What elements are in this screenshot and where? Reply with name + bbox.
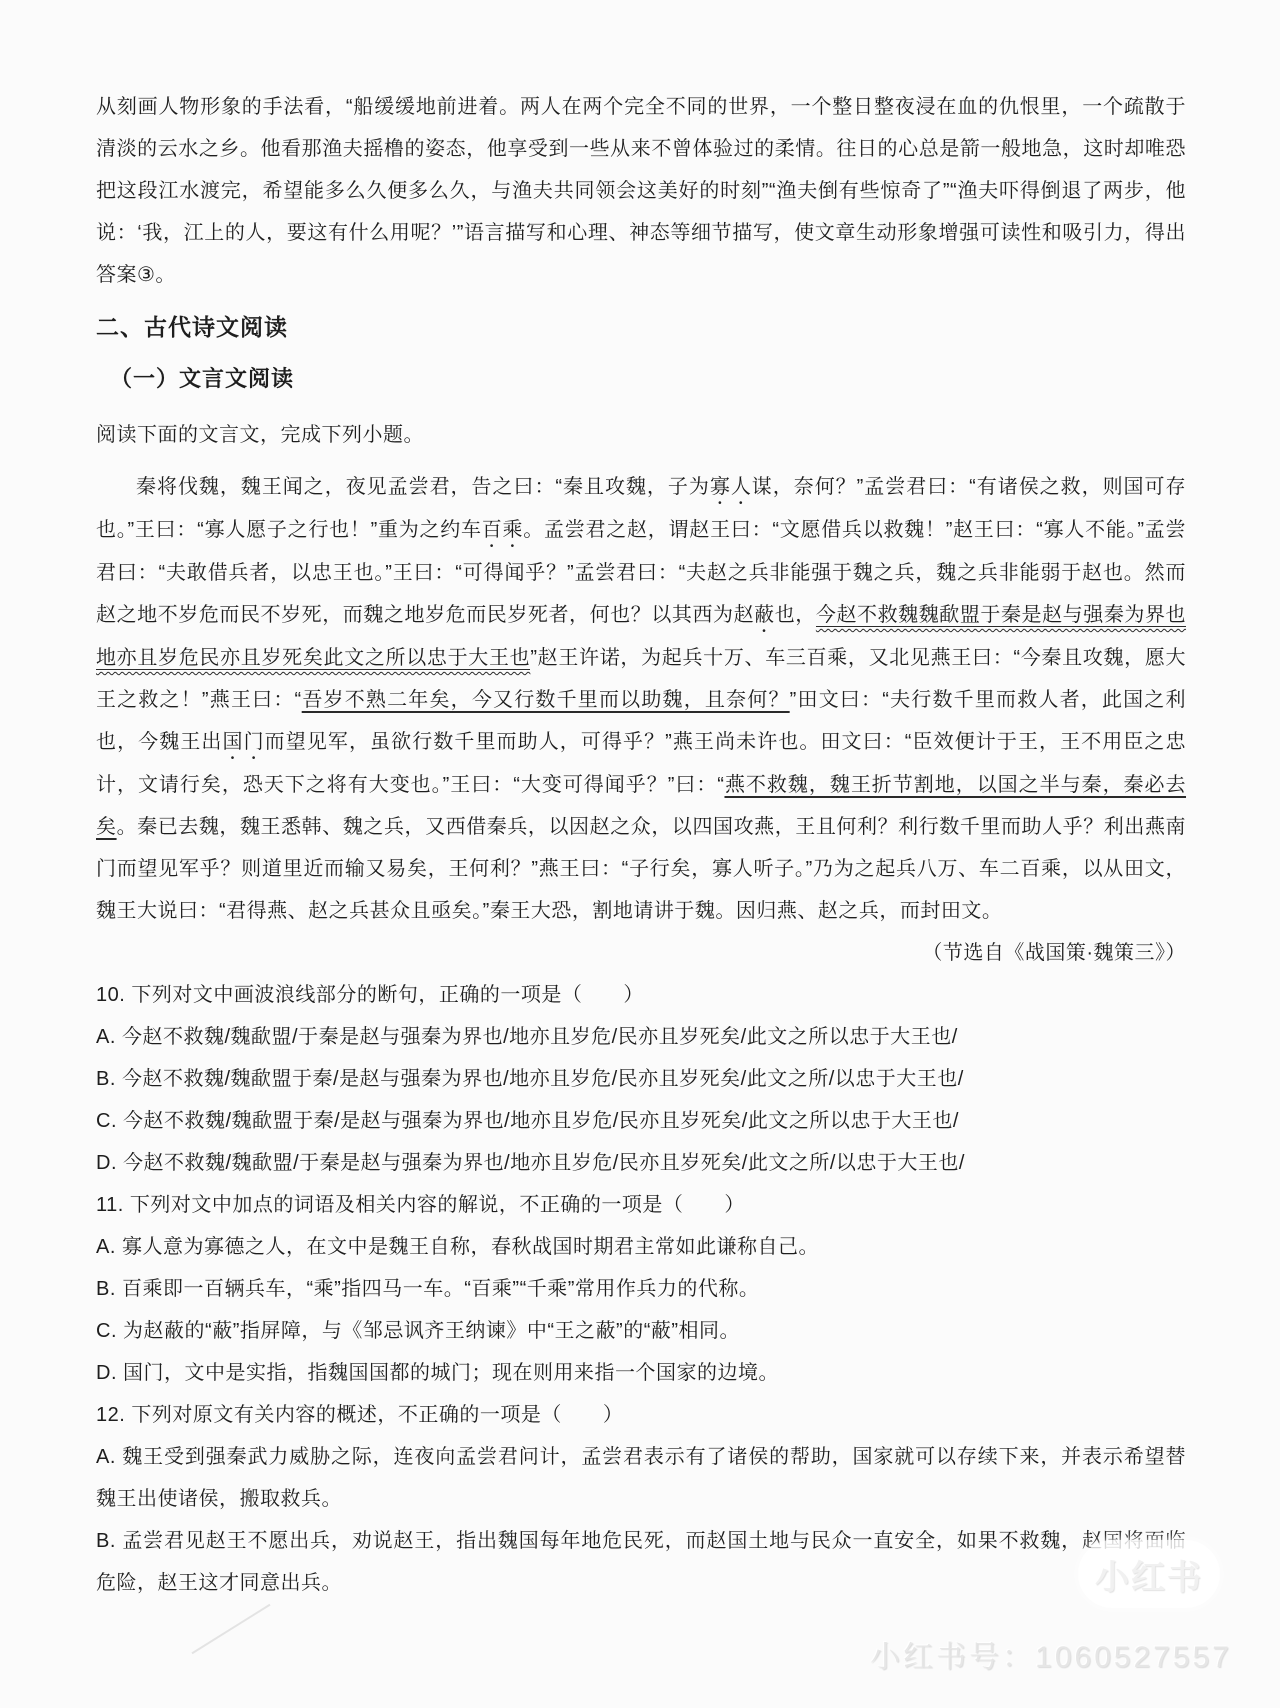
subsection-heading: （一）文言文阅读 xyxy=(110,364,1186,394)
exam-page: 从刻画人物形象的手法看，“船缓缓地前进着。两人在两个完全不同的世界，一个整日整夜… xyxy=(0,0,1280,1708)
classical-passage: 秦将伐魏，魏王闻之，夜见孟尝君，告之曰：“秦且攻魏，子为寡人谋，奈何？”孟尝君曰… xyxy=(96,466,1186,932)
stray-pen-mark xyxy=(191,1604,270,1654)
question-option: B. 百乘即一百辆兵车，“乘”指四马一车。“百乘”“千乘”常用作兵力的代称。 xyxy=(96,1268,1186,1310)
xiaohongshu-badge-label: 小红书 xyxy=(1095,1550,1203,1599)
question-11: 11. 下列对文中加点的词语及相关内容的解说，不正确的一项是（ ） A. 寡人意… xyxy=(96,1184,1186,1394)
question-stem: 12. 下列对原文有关内容的概述，不正确的一项是（ ） xyxy=(96,1394,1186,1436)
xiaohongshu-id-watermark: 小红书号：1060527557 xyxy=(870,1632,1232,1676)
question-stem: 10. 下列对文中画波浪线部分的断句，正确的一项是（ ） xyxy=(96,974,1186,1016)
question-option: B. 今赵不救魏/魏歃盟于秦/是赵与强秦为界也/地亦且岁危/民亦且岁死矣/此文之… xyxy=(96,1058,1186,1100)
passage-source-attribution: （节选自《战国策·魏策三》） xyxy=(96,932,1186,974)
intro-answer-paragraph: 从刻画人物形象的手法看，“船缓缓地前进着。两人在两个完全不同的世界，一个整日整夜… xyxy=(96,86,1186,296)
page-content: 从刻画人物形象的手法看，“船缓缓地前进着。两人在两个完全不同的世界，一个整日整夜… xyxy=(96,86,1186,1604)
question-option: C. 今赵不救魏/魏歃盟于秦/是赵与强秦为界也/地亦且岁危/民亦且岁死矣/此文之… xyxy=(96,1100,1186,1142)
question-option: D. 国门，文中是实指，指魏国国都的城门；现在则用来指一个国家的边境。 xyxy=(96,1352,1186,1394)
question-10: 10. 下列对文中画波浪线部分的断句，正确的一项是（ ） A. 今赵不救魏/魏歃… xyxy=(96,974,1186,1184)
question-option: D. 今赵不救魏/魏歃盟/于秦是赵与强秦为界也/地亦且岁危/民亦且岁死矣/此文之… xyxy=(96,1142,1186,1184)
question-stem: 11. 下列对文中加点的词语及相关内容的解说，不正确的一项是（ ） xyxy=(96,1184,1186,1226)
reading-instruction: 阅读下面的文言文，完成下列小题。 xyxy=(96,414,1186,456)
question-option: A. 寡人意为寡德之人，在文中是魏王自称，春秋战国时期君主常如此谦称自己。 xyxy=(96,1226,1186,1268)
xiaohongshu-badge-watermark: 小红书 xyxy=(1078,1540,1220,1608)
section-heading: 二、古代诗文阅读 xyxy=(96,312,1186,342)
question-12: 12. 下列对原文有关内容的概述，不正确的一项是（ ） A. 魏王受到强秦武力威… xyxy=(96,1394,1186,1604)
question-option: B. 孟尝君见赵王不愿出兵，劝说赵王，指出魏国每年地危民死，而赵国土地与民众一直… xyxy=(96,1520,1186,1604)
question-option: A. 魏王受到强秦武力威胁之际，连夜向孟尝君问计，孟尝君表示有了诸侯的帮助，国家… xyxy=(96,1436,1186,1520)
question-option: A. 今赵不救魏/魏歃盟/于秦是赵与强秦为界也/地亦且岁危/民亦且岁死矣/此文之… xyxy=(96,1016,1186,1058)
question-option: C. 为赵蔽的“蔽”指屏障，与《邹忌讽齐王纳谏》中“王之蔽”的“蔽”相同。 xyxy=(96,1310,1186,1352)
